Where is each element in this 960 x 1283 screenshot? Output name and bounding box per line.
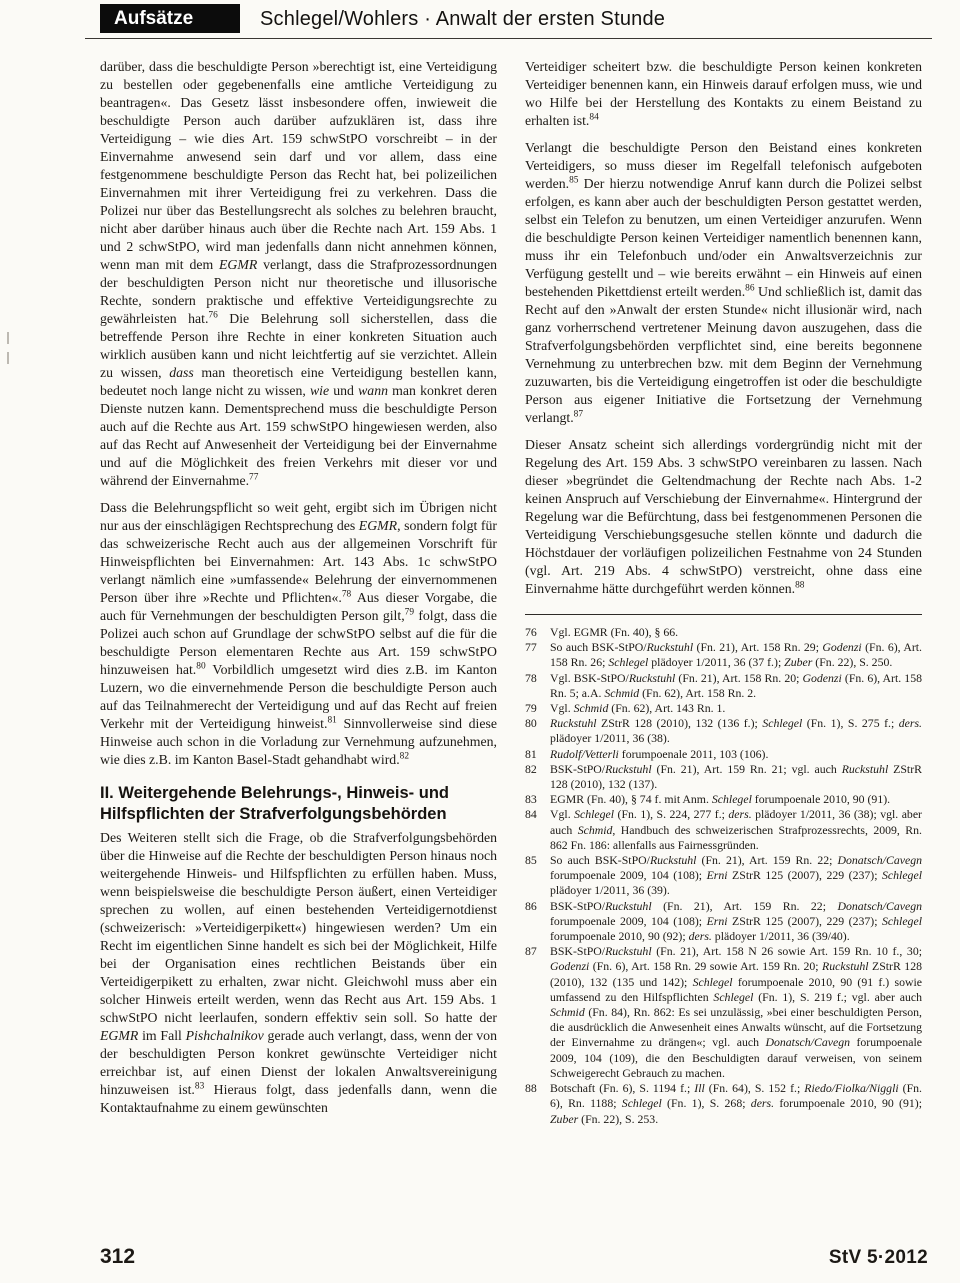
footnote-text: Vgl. Schlegel (Fn. 1), S. 224, 277 f.; d…: [550, 807, 922, 853]
footnote-number: 87: [525, 944, 550, 1081]
footnote: 88Botschaft (Fn. 6), S. 1194 f.; Ill (Fn…: [525, 1081, 922, 1127]
paragraph: Des Weiteren stellt sich die Frage, ob d…: [100, 829, 497, 1117]
footnote-number: 81: [525, 747, 550, 762]
footnote-number: 76: [525, 625, 550, 640]
footnote-marker: 77: [249, 472, 258, 482]
footnote: 87BSK-StPO/Ruckstuhl (Fn. 21), Art. 158 …: [525, 944, 922, 1081]
page-header: Aufsätze Schlegel/Wohlers · Anwalt der e…: [100, 4, 930, 36]
footnote-text: EGMR (Fn. 40), § 74 f. mit Anm. Schlegel…: [550, 792, 922, 807]
footnote-number: 86: [525, 899, 550, 945]
page-footer: 312 StV 5·2012: [100, 1245, 928, 1269]
section-heading: II. Weitergehende Belehrungs-, Hinweis- …: [100, 783, 497, 825]
footnote-text: BSK-StPO/Ruckstuhl (Fn. 21), Art. 159 Rn…: [550, 762, 922, 792]
article-body: darüber, dass die beschuldigte Person »b…: [100, 58, 922, 1127]
paragraph: Dass die Belehrungspflicht so weit geht,…: [100, 499, 497, 769]
footnote-separator-rule: [525, 614, 922, 615]
header-rule: [85, 38, 932, 39]
footnote-number: 82: [525, 762, 550, 792]
journal-issue-label: StV 5·2012: [829, 1247, 928, 1269]
footnote-marker: 83: [195, 1081, 204, 1091]
footnote-number: 83: [525, 792, 550, 807]
footnote: 81Rudolf/Vetterli forumpoenale 2011, 103…: [525, 747, 922, 762]
footnote: 84Vgl. Schlegel (Fn. 1), S. 224, 277 f.;…: [525, 807, 922, 853]
footnote: 76Vgl. EGMR (Fn. 40), § 66.: [525, 625, 922, 640]
footnote: 79Vgl. Schmid (Fn. 62), Art. 143 Rn. 1.: [525, 701, 922, 716]
footnote-marker: 79: [405, 607, 414, 617]
footnote: 82BSK-StPO/Ruckstuhl (Fn. 21), Art. 159 …: [525, 762, 922, 792]
footnote-text: BSK-StPO/Ruckstuhl (Fn. 21), Art. 159 Rn…: [550, 899, 922, 945]
footnote: 85So auch BSK-StPO/Ruckstuhl (Fn. 21), A…: [525, 853, 922, 899]
footnote-marker: 87: [574, 409, 583, 419]
footnote-number: 88: [525, 1081, 550, 1127]
footnote-text: Vgl. EGMR (Fn. 40), § 66.: [550, 625, 922, 640]
footnote-number: 78: [525, 671, 550, 701]
footnote-marker: 78: [342, 589, 351, 599]
footnote-text: Botschaft (Fn. 6), S. 1194 f.; Ill (Fn. …: [550, 1081, 922, 1127]
footnote-marker: 88: [795, 580, 804, 590]
footnote: 80Ruckstuhl ZStrR 128 (2010), 132 (136 f…: [525, 716, 922, 746]
footnote-text: So auch BSK-StPO/Ruckstuhl (Fn. 21), Art…: [550, 853, 922, 899]
footnote: 83EGMR (Fn. 40), § 74 f. mit Anm. Schleg…: [525, 792, 922, 807]
left-column-text: darüber, dass die beschuldigte Person »b…: [100, 58, 497, 1117]
footnote-marker: 82: [400, 751, 409, 761]
right-column: Verteidiger scheitert bzw. die beschuldi…: [525, 58, 922, 1127]
paragraph: Verteidiger scheitert bzw. die beschuldi…: [525, 58, 922, 130]
left-column: darüber, dass die beschuldigte Person »b…: [100, 58, 497, 1127]
paragraph: Verlangt die beschuldigte Person den Bei…: [525, 139, 922, 427]
footnote-text: BSK-StPO/Ruckstuhl (Fn. 21), Art. 158 N …: [550, 944, 922, 1081]
footnote-marker: 85: [569, 175, 578, 185]
footnote-text: Ruckstuhl ZStrR 128 (2010), 132 (136 f.)…: [550, 716, 922, 746]
footnote-number: 84: [525, 807, 550, 853]
footnote-number: 77: [525, 640, 550, 670]
footnote-text: Rudolf/Vetterli forumpoenale 2011, 103 (…: [550, 747, 922, 762]
footnote-marker: 81: [327, 715, 336, 725]
footnote: 78Vgl. BSK-StPO/Ruckstuhl (Fn. 21), Art.…: [525, 671, 922, 701]
footnote-number: 80: [525, 716, 550, 746]
footnote-text: Vgl. BSK-StPO/Ruckstuhl (Fn. 21), Art. 1…: [550, 671, 922, 701]
footnote-marker: 84: [589, 112, 598, 122]
footnote-number: 79: [525, 701, 550, 716]
scan-artifact: [7, 352, 9, 364]
scan-artifact: [7, 332, 9, 344]
paragraph: Dieser Ansatz scheint sich allerdings vo…: [525, 436, 922, 598]
footnote-marker: 80: [196, 661, 205, 671]
running-title: Schlegel/Wohlers · Anwalt der ersten Stu…: [260, 4, 665, 34]
paragraph: darüber, dass die beschuldigte Person »b…: [100, 58, 497, 490]
footnotes-list: 76Vgl. EGMR (Fn. 40), § 66.77So auch BSK…: [525, 625, 922, 1127]
right-column-text: Verteidiger scheitert bzw. die beschuldi…: [525, 58, 922, 598]
footnote: 86BSK-StPO/Ruckstuhl (Fn. 21), Art. 159 …: [525, 899, 922, 945]
section-label: Aufsätze: [100, 4, 240, 33]
footnote: 77So auch BSK-StPO/Ruckstuhl (Fn. 21), A…: [525, 640, 922, 670]
page-number: 312: [100, 1245, 135, 1269]
footnote-text: So auch BSK-StPO/Ruckstuhl (Fn. 21), Art…: [550, 640, 922, 670]
footnote-marker: 86: [745, 283, 754, 293]
footnote-number: 85: [525, 853, 550, 899]
footnote-marker: 76: [208, 310, 217, 320]
journal-page: Aufsätze Schlegel/Wohlers · Anwalt der e…: [0, 0, 960, 1283]
footnote-text: Vgl. Schmid (Fn. 62), Art. 143 Rn. 1.: [550, 701, 922, 716]
